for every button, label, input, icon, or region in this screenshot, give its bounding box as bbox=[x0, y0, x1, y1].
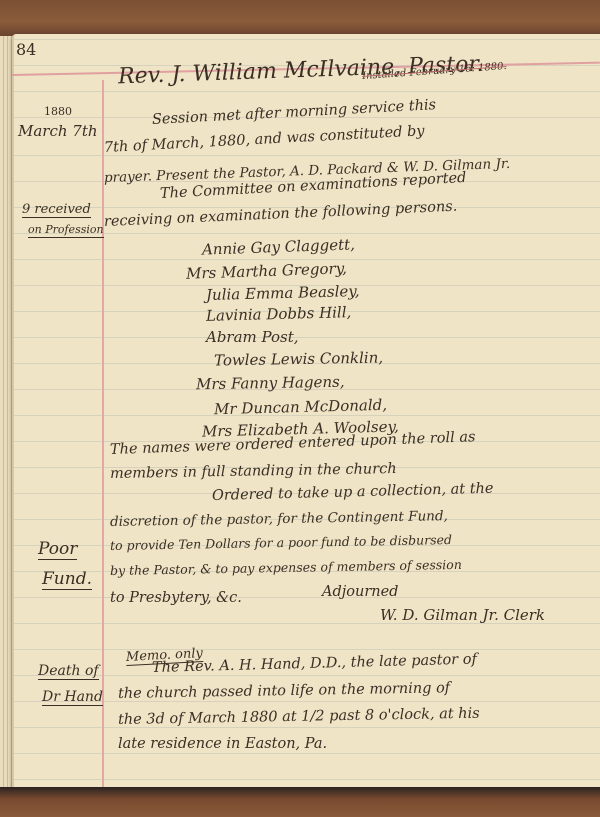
margin-label-dr-hand: Dr Hand bbox=[42, 690, 103, 706]
member-name: Lavinia Dobbs Hill, bbox=[206, 303, 352, 325]
margin-label-fund: Fund. bbox=[42, 570, 92, 590]
margin-label-received: 9 received bbox=[22, 202, 91, 218]
entry-line: to Presbytery, &c. bbox=[110, 590, 242, 606]
wooden-table-top bbox=[0, 0, 600, 36]
margin-label-death-of: Death of bbox=[38, 664, 99, 680]
wooden-table-bottom bbox=[0, 787, 600, 817]
adjourned-text: Adjourned bbox=[322, 584, 398, 600]
member-name: Towles Lewis Conklin, bbox=[214, 349, 383, 370]
page-number: 84 bbox=[16, 40, 36, 59]
entry-line: late residence in Easton, Pa. bbox=[118, 736, 327, 752]
clerk-signature: W. D. Gilman Jr. Clerk bbox=[380, 606, 545, 624]
margin-label-profession: on Profession bbox=[28, 222, 104, 238]
margin-year: 1880 bbox=[44, 104, 72, 119]
margin-date: March 7th bbox=[18, 124, 98, 139]
margin-label-poor: Poor bbox=[38, 540, 77, 560]
member-name: Abram Post, bbox=[206, 328, 299, 346]
member-name: Mrs Fanny Hagens, bbox=[196, 373, 345, 394]
